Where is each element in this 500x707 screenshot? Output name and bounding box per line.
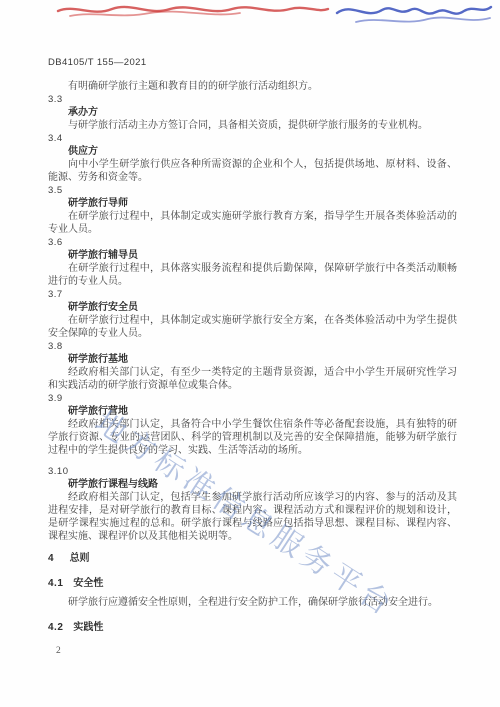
clause-number: 3.9 (48, 392, 457, 405)
clause-number: 3.10 (48, 465, 457, 478)
clause-number: 4.1 (48, 578, 63, 589)
red-scribble-mark-2 (70, 12, 240, 16)
clause-number: 4.2 (48, 622, 63, 633)
clause-number: 3.5 (48, 184, 457, 197)
clause-number: 3.4 (48, 132, 457, 145)
term-entry-3-3: 3.3 承办方 与研学旅行活动主办方签订合同，具备相关资质，提供研学旅行服务的专… (48, 93, 457, 132)
term-definition: 向中小学生研学旅行供应各种所需资源的企业和个人，包括提供场地、原材料、设备、能源… (48, 158, 457, 184)
clause-number: 3.8 (48, 340, 457, 353)
clause-number: 3.6 (48, 236, 457, 249)
term-name: 研学旅行安全员 (68, 301, 457, 314)
term-entry-3-5: 3.5 研学旅行导师 在研学旅行过程中，具体制定或实施研学旅行教育方案，指导学生… (48, 184, 457, 236)
clause-4-1-body: 研学旅行应遵循安全性原则，全程进行安全防护工作，确保研学旅行活动安全进行。 (48, 596, 457, 609)
term-definition: 与研学旅行活动主办方签订合同，具备相关资质，提供研学旅行服务的专业机构。 (48, 119, 457, 132)
term-definition: 在研学旅行过程中，具体制定或实施研学旅行教育方案，指导学生开展各类体验活动的专业… (48, 210, 457, 236)
term-name: 承办方 (68, 106, 457, 119)
chapter-number: 4 (48, 553, 54, 564)
term-name: 供应方 (68, 145, 457, 158)
term-name: 研学旅行基地 (68, 353, 457, 366)
blue-scribble-mark (337, 7, 491, 14)
term-name: 研学旅行导师 (68, 197, 457, 210)
clause-number: 3.3 (48, 93, 457, 106)
document-code: DB4105/T 155—2021 (48, 57, 147, 68)
term-entry-3-6: 3.6 研学旅行辅导员 在研学旅行过程中，具体落实服务流程和提供后勤保障，保障研… (48, 236, 457, 288)
term-entry-3-8: 3.8 研学旅行基地 经政府相关部门认定，有至少一类特定的主题背景资源，适合中小… (48, 340, 457, 392)
term-entry-3-7: 3.7 研学旅行安全员 在研学旅行过程中，具体制定或实施研学旅行安全方案，在各类… (48, 288, 457, 340)
clause-4-2-heading: 4.2实践性 (48, 621, 457, 634)
chapter-title: 总则 (70, 553, 90, 564)
blue-scribble-mark-2 (356, 18, 490, 22)
intro-paragraph: 有明确研学旅行主题和教育目的的研学旅行活动组织方。 (48, 80, 457, 93)
term-definition: 经政府相关部门认定，包括学生参加研学旅行活动所应该学习的内容、参与的活动及其进程… (48, 491, 457, 543)
clause-number: 3.7 (48, 288, 457, 301)
term-entry-3-10: 3.10 研学旅行课程与线路 经政府相关部门认定，包括学生参加研学旅行活动所应该… (48, 465, 457, 543)
document-page: DB4105/T 155—2021 地方标准信息服务平台 有明确研学旅行主题和教… (0, 0, 500, 707)
term-definition: 经政府相关部门认定，有至少一类特定的主题背景资源，适合中小学生开展研究性学习和实… (48, 366, 457, 392)
document-body: 有明确研学旅行主题和教育目的的研学旅行活动组织方。 3.3 承办方 与研学旅行活… (48, 80, 457, 634)
term-definition: 在研学旅行过程中，具体制定或实施研学旅行安全方案，在各类体验活动中为学生提供安全… (48, 314, 457, 340)
term-entry-3-9: 3.9 研学旅行营地 经政府相关部门认定，具备符合中小学生餐饮住宿条件等必备配套… (48, 392, 457, 457)
clause-4-1-heading: 4.1安全性 (48, 577, 457, 590)
term-definition: 经政府相关部门认定，具备符合中小学生餐饮住宿条件等必备配套设施，具有独特的研学旅… (48, 418, 457, 457)
page-number: 2 (56, 646, 61, 656)
clause-title: 安全性 (73, 578, 103, 589)
pen-scribble-annotations (0, 0, 500, 36)
clause-title: 实践性 (73, 622, 103, 633)
term-name: 研学旅行辅导员 (68, 249, 457, 262)
term-definition: 在研学旅行过程中，具体落实服务流程和提供后勤保障，保障研学旅行中各类活动顺畅进行… (48, 262, 457, 288)
term-entry-3-4: 3.4 供应方 向中小学生研学旅行供应各种所需资源的企业和个人，包括提供场地、原… (48, 132, 457, 184)
term-name: 研学旅行课程与线路 (68, 478, 457, 491)
red-scribble-mark (58, 7, 328, 12)
chapter-4-heading: 4总则 (48, 552, 457, 565)
term-name: 研学旅行营地 (68, 405, 457, 418)
